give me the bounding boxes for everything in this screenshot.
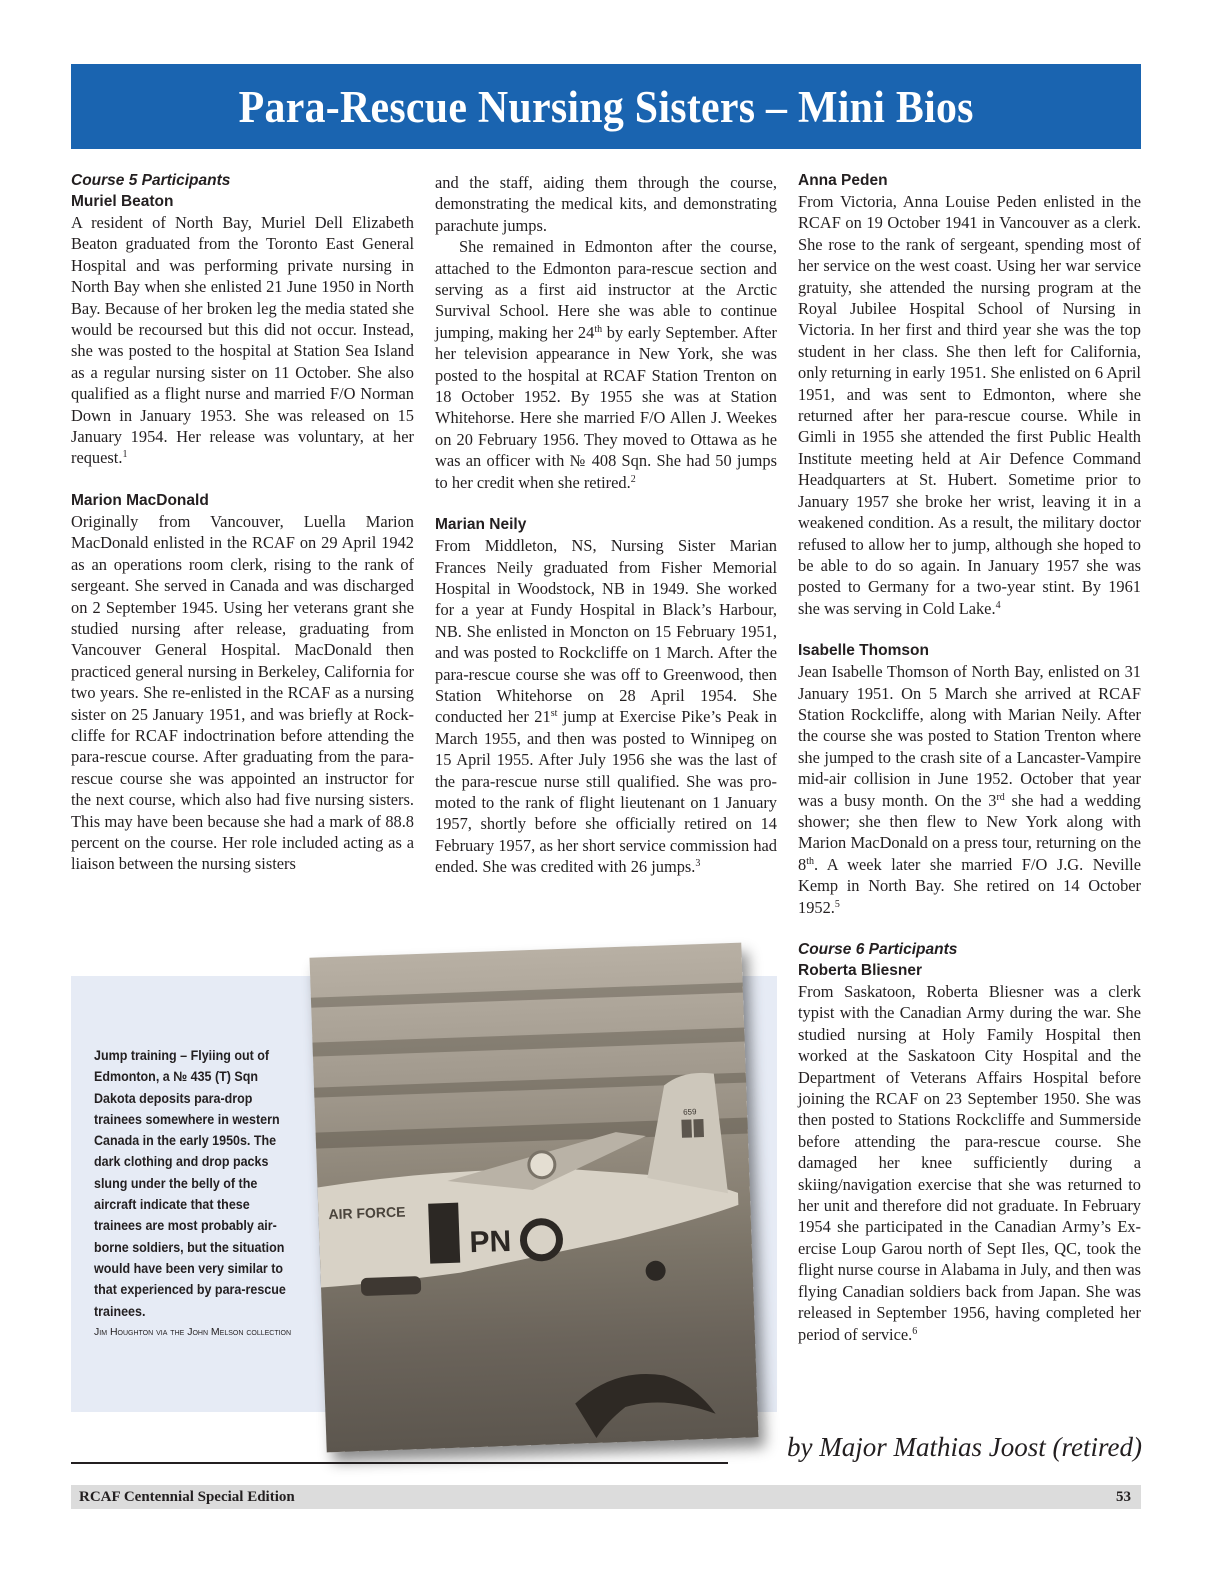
bio-text: From Middleton, NS, Nursing Sister Maria… [435, 535, 777, 878]
dakota-aircraft-icon: 659 AIR FORCE PN [309, 943, 758, 1453]
divider-line [71, 1462, 728, 1464]
footnote-ref: 1 [122, 449, 127, 460]
column-1: Course 5 Participants Muriel Beaton A re… [71, 170, 414, 896]
bio-name: Marian Neily [435, 514, 777, 535]
bio-text: From Victoria, Anna Louise Peden enliste… [798, 191, 1141, 619]
bio-muriel-beaton: Muriel Beaton A resident of North Bay, M… [71, 191, 414, 469]
footnote-ref: 6 [912, 1326, 917, 1337]
footnote-ref: 2 [631, 474, 636, 485]
bio-name: Muriel Beaton [71, 191, 414, 212]
bio-text: From Saskatoon, Roberta Bliesner was a c… [798, 981, 1141, 1345]
bio-anna-peden: Anna Peden From Victoria, Anna Louise Pe… [798, 170, 1141, 619]
bio-text: A resident of North Bay, Muriel Dell Eli… [71, 212, 414, 469]
author-byline: by Major Mathias Joost (retired) [762, 1432, 1142, 1463]
page-title: Para-Rescue Nursing Sisters – Mini Bios [238, 81, 973, 133]
bio-name: Marion MacDonald [71, 490, 414, 511]
bio-text: and the staff, aiding them through the c… [435, 172, 777, 236]
footnote-ref: 5 [835, 899, 840, 910]
photo-credit: Jim Houghton via the John Melson collect… [94, 1326, 334, 1338]
bio-marian-neily: Marian Neily From Middleton, NS, Nursing… [435, 514, 777, 878]
bio-name: Roberta Bliesner [798, 960, 1141, 981]
bio-marion-macdonald-continued: and the staff, aiding them through the c… [435, 172, 777, 493]
bio-name: Isabelle Thomson [798, 640, 1141, 661]
bio-text: She remained in Edmonton after the cours… [435, 236, 777, 493]
page-number: 53 [1116, 1489, 1131, 1506]
bio-text: Jean Isabelle Thomson of North Bay, enli… [798, 661, 1141, 918]
bio-isabelle-thomson: Isabelle Thomson Jean Isabelle Thomson o… [798, 640, 1141, 918]
course-5-heading: Course 5 Participants [71, 170, 414, 191]
course-6-heading: Course 6 Participants [798, 939, 1141, 960]
footer-bar: RCAF Centennial Special Edition 53 [71, 1485, 1141, 1509]
footnote-ref: 4 [996, 600, 1001, 611]
aircraft-photo: 659 AIR FORCE PN [309, 943, 758, 1453]
bio-name: Anna Peden [798, 170, 1141, 191]
column-2: and the staff, aiding them through the c… [435, 172, 777, 899]
svg-text:AIR FORCE: AIR FORCE [328, 1204, 406, 1223]
bio-marion-macdonald: Marion MacDonald Originally from Vancouv… [71, 490, 414, 875]
photo-caption: Jump training – Flyiing out of Edmonton,… [94, 1045, 287, 1322]
svg-text:659: 659 [683, 1107, 697, 1116]
title-banner: Para-Rescue Nursing Sisters – Mini Bios [71, 64, 1141, 149]
column-3: Anna Peden From Victoria, Anna Louise Pe… [798, 170, 1141, 1366]
footnote-ref: 3 [695, 858, 700, 869]
bio-text: Originally from Vancouver, Luella Marion… [71, 511, 414, 875]
publication-name: RCAF Centennial Special Edition [79, 1489, 295, 1506]
svg-text:PN: PN [469, 1225, 512, 1259]
bio-roberta-bliesner: Roberta Bliesner From Saskatoon, Roberta… [798, 960, 1141, 1345]
